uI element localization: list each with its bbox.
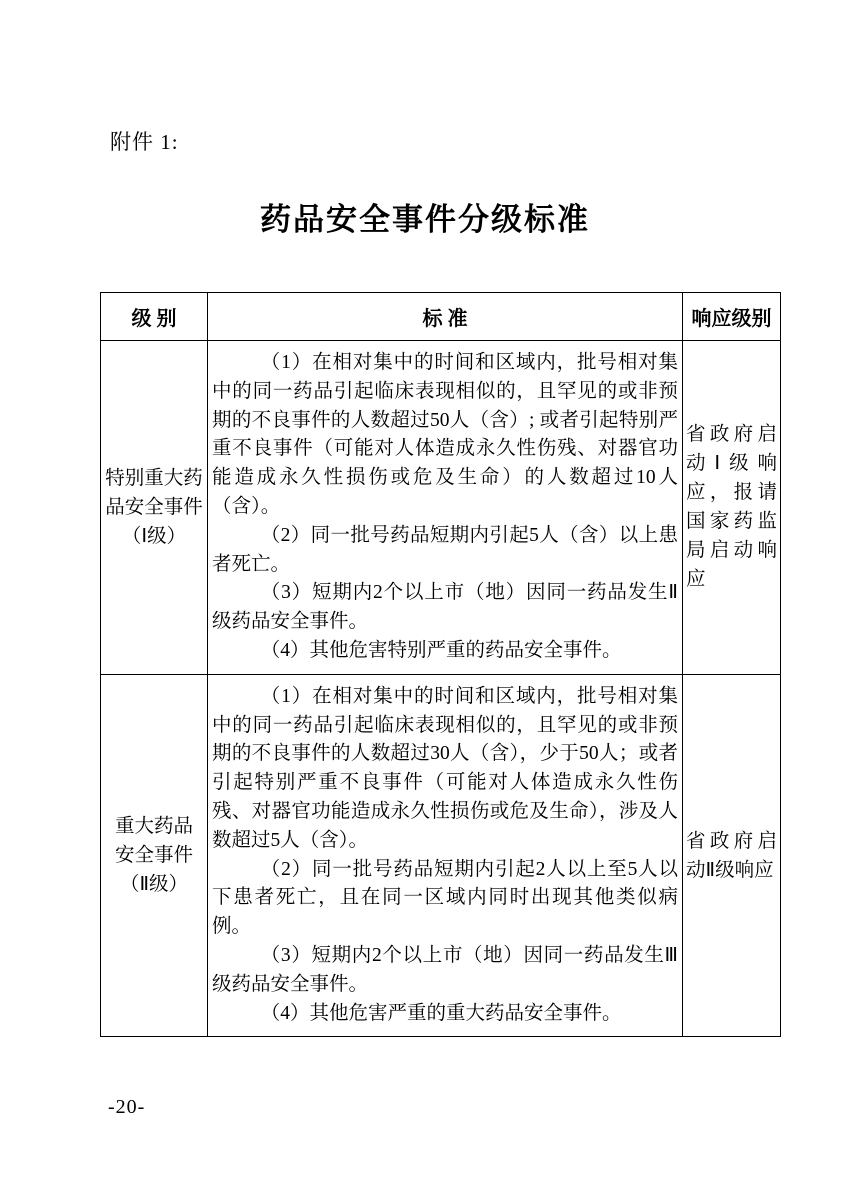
criteria-cell: （1）在相对集中的时间和区域内，批号相对集中的同一药品引起临床表现相似的，且罕见…	[208, 674, 683, 1037]
attachment-label: 附件 1:	[110, 126, 179, 156]
level-line: 品安全事件	[103, 493, 205, 522]
col-header-level: 级 别	[101, 293, 208, 341]
level-line: 安全事件	[103, 841, 205, 870]
page-title: 药品安全事件分级标准	[0, 194, 850, 239]
level-cell: 重大药品 安全事件 （Ⅱ级）	[101, 674, 208, 1037]
criteria-item: （2）同一批号药品短期内引起5人（含）以上患者死亡。	[212, 522, 678, 580]
response-cell: 省政府启动Ⅰ级响应，报请国家药监局启动响应	[683, 341, 781, 675]
level-line: （Ⅰ级）	[103, 522, 205, 551]
criteria-item: （3）短期内2个以上市（地）因同一药品发生Ⅲ级药品安全事件。	[212, 942, 678, 1000]
table-row-level-1: 特别重大药 品安全事件 （Ⅰ级） （1）在相对集中的时间和区域内，批号相对集中的…	[101, 341, 781, 675]
level-line: （Ⅱ级）	[103, 870, 205, 899]
criteria-item: （1）在相对集中的时间和区域内，批号相对集中的同一药品引起临床表现相似的，且罕见…	[212, 349, 678, 522]
table-row-level-2: 重大药品 安全事件 （Ⅱ级） （1）在相对集中的时间和区域内，批号相对集中的同一…	[101, 674, 781, 1037]
classification-table: 级 别 标 准 响应级别 特别重大药 品安全事件 （Ⅰ级） （1）在相对集中的时…	[100, 292, 781, 1037]
table-header-row: 级 别 标 准 响应级别	[101, 293, 781, 341]
criteria-item: （4）其他危害特别严重的药品安全事件。	[212, 637, 678, 666]
response-cell: 省政府启动Ⅱ级响应	[683, 674, 781, 1037]
col-header-response: 响应级别	[683, 293, 781, 341]
criteria-item: （2）同一批号药品短期内引起2人以上至5人以下患者死亡，且在同一区域内同时出现其…	[212, 856, 678, 942]
col-header-criteria: 标 准	[208, 293, 683, 341]
criteria-item: （3）短期内2个以上市（地）因同一药品发生Ⅱ级药品安全事件。	[212, 579, 678, 637]
criteria-item: （4）其他危害严重的重大药品安全事件。	[212, 1000, 678, 1029]
criteria-item: （1）在相对集中的时间和区域内，批号相对集中的同一药品引起临床表现相似的，且罕见…	[212, 683, 678, 856]
document-page: 附件 1: 药品安全事件分级标准 级 别 标 准 响应级别 特别重大药 品安全事…	[0, 0, 850, 1200]
level-line: 特别重大药	[103, 464, 205, 493]
response-text: 省政府启动Ⅱ级响应	[686, 827, 777, 885]
criteria-cell: （1）在相对集中的时间和区域内，批号相对集中的同一药品引起临床表现相似的，且罕见…	[208, 341, 683, 675]
response-text: 省政府启动Ⅰ级响应，报请国家药监局启动响应	[686, 420, 777, 594]
page-number: -20-	[108, 1096, 145, 1119]
level-cell: 特别重大药 品安全事件 （Ⅰ级）	[101, 341, 208, 675]
level-line: 重大药品	[103, 812, 205, 841]
